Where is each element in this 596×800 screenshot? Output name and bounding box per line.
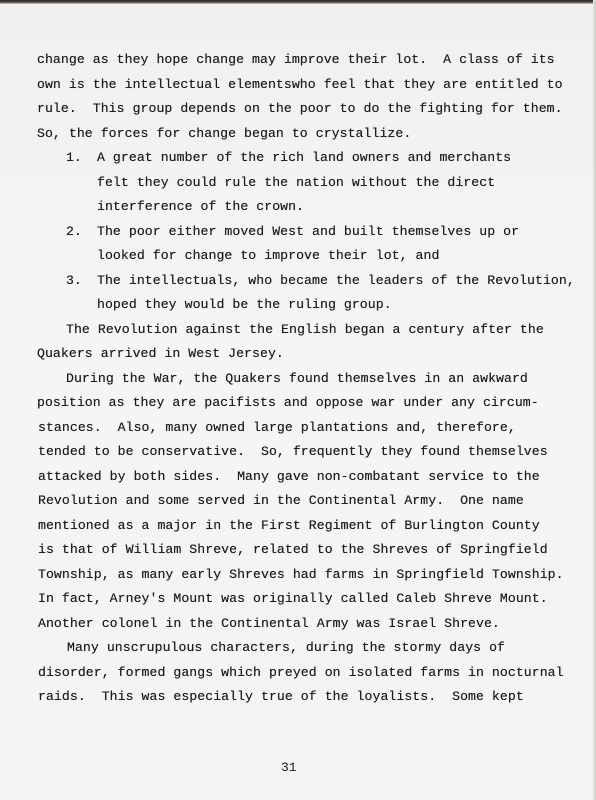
list-item-line: felt they could rule the nation without … bbox=[97, 175, 495, 191]
text-line: Quakers arrived in West Jersey. bbox=[37, 346, 284, 362]
text-line: is that of William Shreve, related to th… bbox=[38, 542, 548, 558]
list-item-line: interference of the crown. bbox=[97, 199, 304, 215]
scanned-page: change as they hope change may improve t… bbox=[0, 0, 596, 800]
list-item-line: The poor either moved West and built the… bbox=[97, 224, 519, 240]
text-line: own is the intellectual elementswho feel… bbox=[37, 77, 563, 93]
list-number: 2. bbox=[66, 224, 82, 240]
text-line: attacked by both sides. Many gave non-co… bbox=[38, 469, 540, 485]
list-item-line: hoped they would be the ruling group. bbox=[97, 297, 392, 313]
text-line: mentioned as a major in the First Regime… bbox=[38, 518, 540, 534]
page-number: 31 bbox=[281, 760, 297, 776]
text-line: tended to be conservative. So, frequentl… bbox=[38, 444, 548, 460]
text-line: disorder, formed gangs which preyed on i… bbox=[38, 665, 564, 681]
text-line: Township, as many early Shreves had farm… bbox=[38, 567, 564, 583]
list-number: 1. bbox=[66, 150, 82, 166]
text-line: position as they are pacifists and oppos… bbox=[37, 395, 539, 411]
list-item-line: A great number of the rich land owners a… bbox=[97, 150, 511, 166]
list-item-line: looked for change to improve their lot, … bbox=[97, 248, 439, 264]
text-line: The Revolution against the English began… bbox=[66, 322, 544, 338]
text-line: Another colonel in the Continental Army … bbox=[38, 616, 500, 632]
page-top-edge bbox=[0, 0, 596, 4]
text-line: rule. This group depends on the poor to … bbox=[37, 101, 563, 117]
list-number: 3. bbox=[66, 273, 82, 289]
text-line: In fact, Arney's Mount was originally ca… bbox=[38, 591, 548, 607]
text-line: So, the forces for change began to cryst… bbox=[37, 126, 411, 142]
text-line: Many unscrupulous characters, during the… bbox=[67, 640, 505, 656]
list-item-line: The intellectuals, who became the leader… bbox=[97, 273, 575, 289]
text-line: Revolution and some served in the Contin… bbox=[38, 493, 524, 509]
text-line: During the War, the Quakers found themse… bbox=[66, 371, 528, 387]
text-line: change as they hope change may improve t… bbox=[37, 52, 555, 68]
text-line: raids. This was especially true of the l… bbox=[38, 689, 524, 705]
text-line: stances. Also, many owned large plantati… bbox=[38, 420, 516, 436]
